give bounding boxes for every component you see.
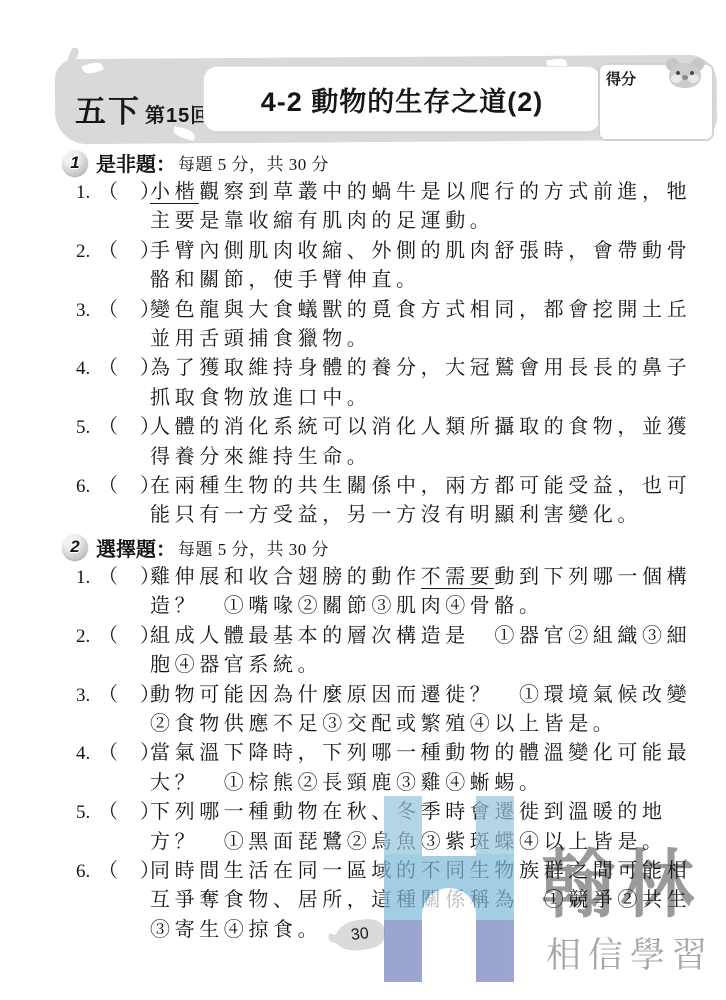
section-title: 是非題： — [96, 148, 176, 177]
question-number: 6. — [58, 857, 98, 886]
question-text: 下列哪一種動物在秋、冬季時會遷徙到溫暖的地 方？ ①黑面琵鷺②烏魚③紫斑蝶④以上… — [150, 798, 706, 857]
question-number: 1. — [58, 178, 98, 207]
question-number: 2. — [58, 622, 98, 651]
question-number: 3. — [58, 681, 98, 710]
question-text: 人體的消化系統可以消化人類所攝取的食物，並獲 得養分來維持生命。 — [150, 413, 706, 472]
answer-blank[interactable]: （ ） — [98, 354, 150, 383]
question-text: 雞伸展和收合翅膀的動作不需要動到下列哪一個構 造？ ①嘴喙②關節③肌肉④骨骼。 — [150, 563, 706, 622]
question-row: 5. （ ） 人體的消化系統可以消化人類所攝取的食物，並獲 得養分來維持生命。 — [58, 413, 726, 472]
answer-blank[interactable]: （ ） — [98, 413, 150, 442]
round-label: 第15回 — [145, 99, 211, 128]
leaf-icon — [82, 60, 104, 76]
answer-blank[interactable]: （ ） — [98, 472, 150, 501]
question-row: 6. （ ） 同時間生活在同一區域的不同生物族群之間可能相 互爭奪食物、居所，這… — [58, 857, 726, 945]
question-row: 4. （ ） 為了獲取維持身體的養分，大冠鷲會用長長的鼻子 抓取食物放進口中。 — [58, 354, 726, 413]
question-row: 5. （ ） 下列哪一種動物在秋、冬季時會遷徙到溫暖的地 方？ ①黑面琵鷺②烏魚… — [58, 798, 726, 857]
question-text: 變色龍與大食蟻獸的覓食方式相同，都會挖開土丘 並用舌頭捕食獵物。 — [150, 296, 706, 355]
question-number: 5. — [58, 798, 98, 827]
question-area: 1 是非題： 每題 5 分，共 30 分 1. （ ） 小楷觀察到草叢中的蝸牛是… — [0, 146, 726, 945]
question-row: 1. （ ） 小楷觀察到草叢中的蝸牛是以爬行的方式前進，牠 主要是靠收縮有肌肉的… — [58, 178, 726, 237]
question-text: 動物可能因為什麼原因而遷徙？ ①環境氣候改變 ②食物供應不足③交配或繁殖④以上皆… — [150, 681, 706, 740]
question-text: 為了獲取維持身體的養分，大冠鷲會用長長的鼻子 抓取食物放進口中。 — [150, 354, 706, 413]
question-text: 組成人體最基本的層次構造是 ①器官②組織③細 胞④器官系統。 — [150, 622, 706, 681]
edition-label: 五下 第15回 — [75, 86, 211, 131]
question-number: 5. — [58, 413, 98, 442]
question-row: 2. （ ） 手臂內側肌肉收縮、外側的肌肉舒張時，會帶動骨 骼和關節，使手臂伸直… — [58, 237, 726, 296]
question-number: 6. — [58, 472, 98, 501]
section-heading-multiple-choice: 2 選擇題： 每題 5 分，共 30 分 — [62, 533, 726, 562]
question-row: 3. （ ） 變色龍與大食蟻獸的覓食方式相同，都會挖開土丘 並用舌頭捕食獵物。 — [58, 296, 726, 355]
question-text: 小楷觀察到草叢中的蝸牛是以爬行的方式前進，牠 主要是靠收縮有肌肉的足運動。 — [150, 178, 706, 237]
score-label: 得分 — [606, 68, 636, 89]
section-title: 選擇題： — [96, 533, 176, 562]
grade-label: 五下 — [75, 86, 141, 131]
question-number: 3. — [58, 296, 98, 325]
question-row: 1. （ ） 雞伸展和收合翅膀的動作不需要動到下列哪一個構 造？ ①嘴喙②關節③… — [58, 563, 726, 622]
question-number: 4. — [58, 739, 98, 768]
question-number: 2. — [58, 237, 98, 266]
section-number-badge: 2 — [62, 534, 88, 560]
page-title: 4-2 動物的生存之道(2) — [261, 80, 544, 119]
question-text: 在兩種生物的共生關係中，兩方都可能受益，也可 能只有一方受益，另一方沒有明顯利害… — [150, 472, 706, 531]
answer-blank[interactable]: （ ） — [98, 739, 150, 768]
question-row: 6. （ ） 在兩種生物的共生關係中，兩方都可能受益，也可 能只有一方受益，另一… — [58, 472, 726, 531]
answer-blank[interactable]: （ ） — [98, 563, 150, 592]
question-row: 2. （ ） 組成人體最基本的層次構造是 ①器官②組織③細 胞④器官系統。 — [58, 622, 726, 681]
question-text: 當氣溫下降時，下列哪一種動物的體溫變化可能最 大？ ①棕熊②長頸鹿③雞④蜥蜴。 — [150, 739, 706, 798]
section-heading-true-false: 1 是非題： 每題 5 分，共 30 分 — [62, 148, 726, 177]
section-points-note: 每題 5 分，共 30 分 — [178, 150, 329, 175]
question-number: 4. — [58, 354, 98, 383]
lesson-title-box: 4-2 動物的生存之道(2) — [203, 66, 601, 132]
section-points-note: 每題 5 分，共 30 分 — [178, 535, 329, 560]
question-text: 手臂內側肌肉收縮、外側的肌肉舒張時，會帶動骨 骼和關節，使手臂伸直。 — [150, 237, 706, 296]
section-number-badge: 1 — [62, 150, 88, 176]
page-number: 30 — [350, 925, 370, 945]
question-text: 同時間生活在同一區域的不同生物族群之間可能相 互爭奪食物、居所，這種關係稱為 ①… — [150, 857, 706, 945]
answer-blank[interactable]: （ ） — [98, 296, 150, 325]
vine-stem-icon — [65, 46, 80, 68]
answer-blank[interactable]: （ ） — [98, 178, 150, 207]
answer-blank[interactable]: （ ） — [98, 857, 150, 886]
answer-blank[interactable]: （ ） — [98, 798, 150, 827]
koala-face-icon — [664, 58, 706, 90]
answer-blank[interactable]: （ ） — [98, 681, 150, 710]
worksheet-page: 五下 第15回 4-2 動物的生存之道(2) 得分 1 是非題： 每題 5 分，… — [0, 0, 726, 1000]
question-row: 4. （ ） 當氣溫下降時，下列哪一種動物的體溫變化可能最 大？ ①棕熊②長頸鹿… — [58, 739, 726, 798]
question-number: 1. — [58, 563, 98, 592]
answer-blank[interactable]: （ ） — [98, 622, 150, 651]
question-row: 3. （ ） 動物可能因為什麼原因而遷徙？ ①環境氣候改變 ②食物供應不足③交配… — [58, 681, 726, 740]
answer-blank[interactable]: （ ） — [98, 237, 150, 266]
score-box[interactable]: 得分 — [598, 63, 714, 141]
